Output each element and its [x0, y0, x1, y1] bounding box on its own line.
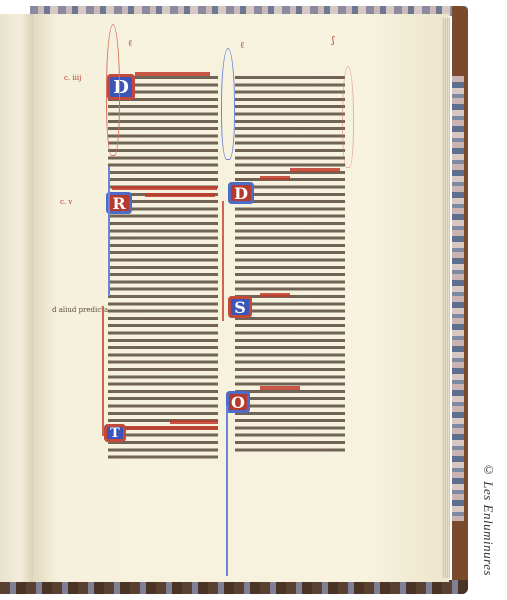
initial-letter: D	[228, 182, 254, 204]
credit-text: © Les Enluminures	[480, 462, 496, 576]
manuscript-book: ℓ ℓ ʃ c. iiij c. v d aliud predicta D R …	[0, 6, 470, 594]
pen-flourish	[226, 406, 228, 576]
binding-bottom-edge	[0, 580, 468, 594]
running-mark: ℓ	[240, 40, 244, 51]
rubric-line	[135, 72, 210, 76]
margin-note: d aliud predicta	[52, 306, 108, 314]
facing-page-edge	[0, 14, 33, 582]
rubric-line	[260, 386, 300, 390]
pen-flourish	[108, 166, 110, 296]
page-fore-edge	[442, 18, 450, 578]
pen-flourish	[342, 66, 354, 168]
rubric-line	[260, 293, 290, 297]
initial-letter: O	[226, 391, 250, 413]
pen-flourish	[221, 48, 235, 160]
rubric-line	[170, 420, 218, 424]
rubric-line	[290, 168, 340, 172]
initial-letter: T	[104, 424, 126, 442]
pen-flourish	[222, 201, 224, 321]
text-column-right	[235, 76, 345, 454]
pen-flourish	[102, 306, 104, 436]
rubric-line	[112, 186, 217, 190]
running-mark: ℓ	[128, 38, 132, 49]
text-column-left	[108, 76, 218, 460]
rubric-line	[260, 176, 290, 180]
marbled-endpaper	[452, 76, 464, 521]
rubric-line	[145, 193, 215, 197]
pen-flourish	[106, 24, 120, 156]
margin-note: c. v	[60, 198, 72, 206]
initial-letter: S	[228, 296, 252, 318]
copyright-credit: © Les Enluminures	[480, 462, 500, 587]
margin-note: c. iiij	[64, 74, 81, 82]
running-mark: ʃ	[332, 36, 334, 46]
